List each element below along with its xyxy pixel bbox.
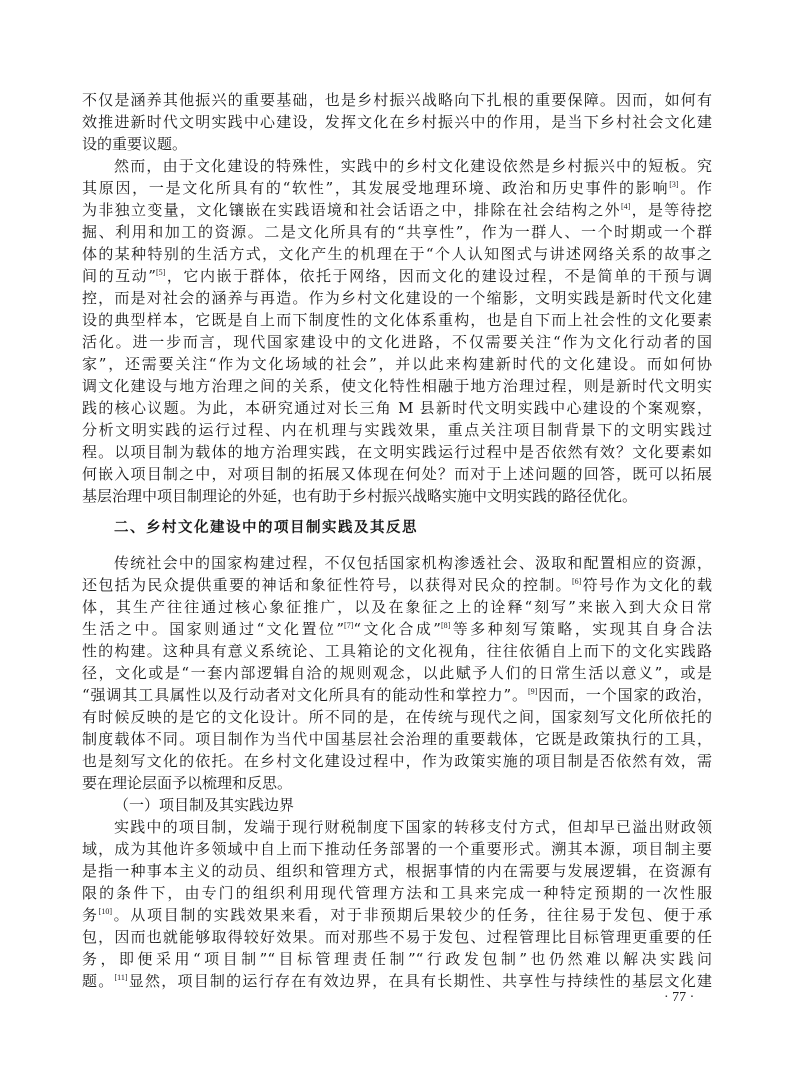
text-line: 包，因而也就能够取得较好效果。而对那些不易于发包、过程管理比目标管理更重要的任 xyxy=(82,926,712,948)
text-line: 为非独立变量，文化镶嵌在实践语境和社会话语之中，排除在社会结构之外[4]，是等待… xyxy=(82,199,712,221)
text-span: 符号作为文化的载 xyxy=(581,576,712,594)
text-span: 题。 xyxy=(82,972,114,990)
text-span: 因而，一个国家的政治， xyxy=(537,686,712,704)
text-line: 调文化建设与地方治理之间的关系，使文化特性相融于地方治理过程，则是新时代文明实 xyxy=(82,375,712,397)
text-line: 何嵌入项目制之中，对项目制的拓展又体现在何处？而对于上述问题的回答，既可以拓展 xyxy=(82,463,712,485)
text-span: 间的互动” xyxy=(82,267,156,285)
text-line: 分析文明实践的运行过程、内在机理与实践效果，重点关注项目制背景下的文明实践过 xyxy=(82,419,712,441)
text-span: 其原因，一是文化所具有的“软性”，其发展受地理环境、政治和历史事件的影响 xyxy=(82,179,669,197)
text-span: 显然，项目制的运行存在有效边界，在具有长期性、共享性与持续性的基层文化建 xyxy=(128,972,712,990)
text-line: 家”，还需要关注“作为文化场域的社会”，并以此来构建新时代的文化建设。而如何协 xyxy=(82,353,712,375)
text-line: “强调其工具属性以及行动者对文化所具有的能动性和掌控力”。[9]因而，一个国家的… xyxy=(82,684,712,706)
text-line: 制度载体不同。项目制作为当代中国基层社会治理的重要载体，它既是政策执行的工具， xyxy=(82,728,712,750)
citation-ref[interactable]: [5] xyxy=(156,268,165,277)
body-text: 不仅是涵养其他振兴的重要基础，也是乡村振兴战略向下扎根的重要保障。因而，如何有 … xyxy=(82,89,712,992)
page-number: · 77 · xyxy=(664,990,694,1006)
paragraph: 然而，由于文化建设的特殊性，实践中的乡村文化建设依然是乡村振兴中的短板。究 其原… xyxy=(82,155,712,507)
citation-ref[interactable]: [3] xyxy=(669,180,678,189)
text-line: 然而，由于文化建设的特殊性，实践中的乡村文化建设依然是乡村振兴中的短板。究 xyxy=(82,155,712,177)
text-line: 体的某种特别的生活方式，文化产生的机理在于“个人认知图式与讲述网络关系的故事之 xyxy=(82,243,712,265)
text-span: ，是等待挖 xyxy=(630,201,712,219)
text-line: 基层治理中项目制理论的外延，也有助于乡村振兴战略实施中文明实践的路径优化。 xyxy=(82,485,712,507)
text-span: 务 xyxy=(82,906,99,924)
text-line: 是指一种事本主义的动员、组织和管理方式，根据事情的内在需要与发展逻辑，在资源有 xyxy=(82,860,712,882)
text-line: 生活之中。国家则通过“文化置位”[7]“文化合成”[8]等多种刻写策略，实现其自… xyxy=(82,618,712,640)
citation-ref[interactable]: [8] xyxy=(441,621,450,630)
text-span: ，它内嵌于群体，依托于网络，因而文化的建设过程，不是简单的干预与调 xyxy=(165,267,712,285)
text-line: 设的重要议题。 xyxy=(82,133,712,155)
text-line: 其原因，一是文化所具有的“软性”，其发展受地理环境、政治和历史事件的影响[3]。… xyxy=(82,177,712,199)
section-heading: 二、乡村文化建设中的项目制实践及其反思 xyxy=(82,517,712,539)
text-line: 体，其生产往往通过核心象征推广，以及在象征之上的诠释“刻写”来嵌入到大众日常 xyxy=(82,596,712,618)
text-span: 生活之中。国家则通过“文化置位” xyxy=(82,620,344,638)
text-span: 还包括为民众提供重要的神话和象征性符号，以获得对民众的控制。 xyxy=(82,576,572,594)
text-span: “文化合成” xyxy=(353,620,441,638)
citation-ref[interactable]: [6] xyxy=(572,577,581,586)
text-line: 不仅是涵养其他振兴的重要基础，也是乡村振兴战略向下扎根的重要保障。因而，如何有 xyxy=(82,89,712,111)
text-line: 活化。进一步而言，现代国家建设中的文化进路，不仅需要关注“作为文化行动者的国 xyxy=(82,331,712,353)
text-line: 径，文化或是“一套内部逻辑自洽的规则观念，以此赋予人们的日常生活以意义”，或是 xyxy=(82,662,712,684)
text-span: 。作 xyxy=(679,179,712,197)
text-line: 还包括为民众提供重要的神话和象征性符号，以获得对民众的控制。[6]符号作为文化的… xyxy=(82,574,712,596)
text-line: 有时候反映的是它的文化设计。所不同的是，在传统与现代之间，国家刻写文化所依托的 xyxy=(82,706,712,728)
text-line: 限的条件下，由专门的组织利用现代管理方法和工具来完成一种特定预期的一次性服 xyxy=(82,882,712,904)
text-line: 题。[11]显然，项目制的运行存在有效边界，在具有长期性、共享性与持续性的基层文… xyxy=(82,970,712,992)
text-span: “强调其工具属性以及行动者对文化所具有的能动性和掌控力”。 xyxy=(82,686,528,704)
text-line: 务[10]。从项目制的实践效果来看，对于非预期后果较少的任务，往往易于发包、便于… xyxy=(82,904,712,926)
paragraph: 实践中的项目制，发端于现行财税制度下国家的转移支付方式，但却早已溢出财政领 域，… xyxy=(82,816,712,992)
citation-ref[interactable]: [4] xyxy=(621,202,630,211)
subsection-heading: （一）项目制及其实践边界 xyxy=(82,794,712,816)
text-line: 掘、利用和加工的资源。二是文化所具有的“共享性”，作为一群人、一个时期或一个群 xyxy=(82,221,712,243)
text-line: 践的核心议题。为此，本研究通过对长三角 M 县新时代文明实践中心建设的个案观察， xyxy=(82,397,712,419)
text-line: 域，成为其他许多领域中自上而下推动任务部署的一个重要形式。溯其本源，项目制主要 xyxy=(82,838,712,860)
paragraph: 传统社会中的国家构建过程，不仅包括国家机构渗透社会、汲取和配置相应的资源， 还包… xyxy=(82,552,712,794)
document-page: 不仅是涵养其他振兴的重要基础，也是乡村振兴战略向下扎根的重要保障。因而，如何有 … xyxy=(0,0,793,1077)
citation-ref[interactable]: [11] xyxy=(114,973,127,982)
text-line: 实践中的项目制，发端于现行财税制度下国家的转移支付方式，但却早已溢出财政领 xyxy=(82,816,712,838)
text-line: 控，而是对社会的涵养与再造。作为乡村文化建设的一个缩影，文明实践是新时代文化建 xyxy=(82,287,712,309)
text-span: 等多种刻写策略，实现其自身合法 xyxy=(450,620,712,638)
text-line: 设的典型样本，它既是自上而下制度性的文化体系重构，也是自下而上社会性的文化要素 xyxy=(82,309,712,331)
text-span: 为非独立变量，文化镶嵌在实践语境和社会话语之中，排除在社会结构之外 xyxy=(82,201,621,219)
citation-ref[interactable]: [10] xyxy=(99,907,112,916)
text-line: 效推进新时代文明实践中心建设，发挥文化在乡村振兴中的作用，是当下乡村社会文化建 xyxy=(82,111,712,133)
text-line: 要在理论层面予以梳理和反思。 xyxy=(82,772,712,794)
text-line: 间的互动”[5]，它内嵌于群体，依托于网络，因而文化的建设过程，不是简单的干预与… xyxy=(82,265,712,287)
citation-ref[interactable]: [7] xyxy=(344,621,353,630)
text-line: 也是刻写文化的依托。在乡村文化建设过程中，作为政策实施的项目制是否依然有效，需 xyxy=(82,750,712,772)
citation-ref[interactable]: [9] xyxy=(528,687,537,696)
text-span: 。从项目制的实践效果来看，对于非预期后果较少的任务，往往易于发包、便于承 xyxy=(112,906,712,924)
text-line: 务，即便采用“项目制”“目标管理责任制”“行政发包制”也仍然难以解决实践问 xyxy=(82,948,712,970)
text-line: 程。以项目制为载体的地方治理实践，在文明实践运行过程中是否依然有效？文化要素如 xyxy=(82,441,712,463)
text-line: 传统社会中的国家构建过程，不仅包括国家机构渗透社会、汲取和配置相应的资源， xyxy=(82,552,712,574)
text-line: 性的构建。这种具有意义系统论、工具箱论的文化视角，往往依循自上而下的文化实践路 xyxy=(82,640,712,662)
paragraph: 不仅是涵养其他振兴的重要基础，也是乡村振兴战略向下扎根的重要保障。因而，如何有 … xyxy=(82,89,712,155)
